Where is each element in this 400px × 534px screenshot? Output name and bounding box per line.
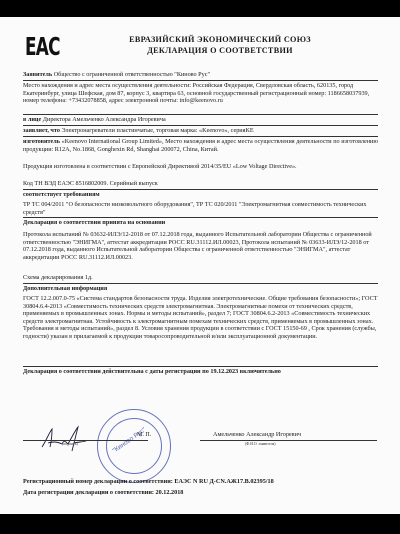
basis-heading: Декларация о соответствии принята на осн…: [23, 219, 378, 227]
signature-icon: [40, 425, 90, 453]
registration-number-value: ЕАЭС N RU Д-CN.АЖ17.В.02395/18: [174, 478, 273, 485]
basis-text: Протокола испытаний № 03632-ИЛЭ/12-2018 …: [23, 231, 378, 261]
signer-name: Амельченко Александр Игоревич: [213, 431, 301, 438]
signature-caption: (подпись): [62, 442, 78, 446]
applicant-label: Заявитель: [23, 71, 52, 78]
divider: [23, 366, 378, 367]
registration-date-label: Дата регистрации декларации о соответств…: [23, 489, 154, 496]
company-stamp: "Киново Рус": [97, 409, 171, 483]
signature-line: [23, 440, 148, 441]
divider: [23, 80, 378, 81]
manufacturer-row: изготовитель «Keenovo International Grou…: [23, 138, 378, 153]
complies-heading: соответствует требованиям: [23, 191, 378, 199]
divider: [23, 114, 378, 115]
registration-date-value: 20.12.2018: [156, 489, 184, 496]
complies-heading-text: соответствует требованиям: [23, 191, 100, 198]
declares-value: Электронагреватели пластинчатые, торгова…: [62, 127, 254, 134]
additional-text: ГОСТ 12.2.007.0-75 «Система стандартов б…: [23, 295, 378, 341]
declares-label: заявляет, что: [23, 127, 60, 134]
seal-label: М. П.: [137, 432, 151, 438]
complies-text: ТР ТС 004/2011 "О безопасности низковоль…: [23, 201, 378, 216]
representative-row: в лице Директора Амельченко Александра И…: [23, 116, 378, 124]
divider: [23, 217, 378, 218]
divider: [23, 189, 378, 190]
hs-code: Код ТН ВЭД ЕАЭС 8516802009. Серийный вып…: [23, 180, 378, 188]
declaration-scheme: Схема декларирования 1д.: [23, 274, 378, 282]
registration-number: Регистрационный номер декларации о соотв…: [23, 478, 378, 486]
divider: [23, 136, 378, 137]
basis-heading-text: Декларация о соответствии принята на осн…: [23, 219, 165, 226]
additional-heading-text: Дополнительная информация: [23, 285, 107, 292]
representative-label: в лице: [23, 116, 41, 123]
divider: [23, 283, 378, 284]
title-line-declaration: ДЕКЛАРАЦИЯ О СООТВЕТСТВИИ: [95, 46, 345, 57]
manufacturer-label: изготовитель: [23, 138, 60, 145]
registration-number-label: Регистрационный номер декларации о соотв…: [23, 478, 173, 485]
name-line: [200, 440, 377, 441]
representative-value: Директора Амельченко Александра Игоревич…: [43, 116, 166, 123]
title-line-union: ЕВРАЗИЙСКИЙ ЭКОНОМИЧЕСКИЙ СОЮЗ: [95, 35, 345, 46]
applicant-address: Место нахождения и адрес места осуществл…: [23, 82, 378, 105]
validity-statement: Декларация о соответствии действительна …: [23, 368, 378, 376]
declaration-page: EAC ЕВРАЗИЙСКИЙ ЭКОНОМИЧЕСКИЙ СОЮЗ ДЕКЛА…: [0, 17, 400, 514]
document-title: ЕВРАЗИЙСКИЙ ЭКОНОМИЧЕСКИЙ СОЮЗ ДЕКЛАРАЦИ…: [95, 35, 345, 56]
name-caption: (Ф.И.О. заявителя): [245, 442, 276, 446]
divider: [23, 125, 378, 126]
manufacturer-value: «Keenovo International Group Limited», М…: [23, 138, 378, 153]
validity-text: Декларация о соответствии действительна …: [23, 368, 281, 375]
eac-logo: EAC: [25, 32, 60, 61]
product-basis: Продукция изготовлена в соответствии с Е…: [23, 163, 378, 171]
declares-row: заявляет, что Электронагреватели пластин…: [23, 127, 378, 135]
applicant-row: Заявитель Общество с ограниченной ответс…: [23, 71, 378, 79]
applicant-value: Общество с ограниченной ответственностью…: [54, 71, 210, 78]
additional-heading: Дополнительная информация: [23, 285, 378, 293]
registration-date: Дата регистрации декларации о соответств…: [23, 489, 378, 497]
